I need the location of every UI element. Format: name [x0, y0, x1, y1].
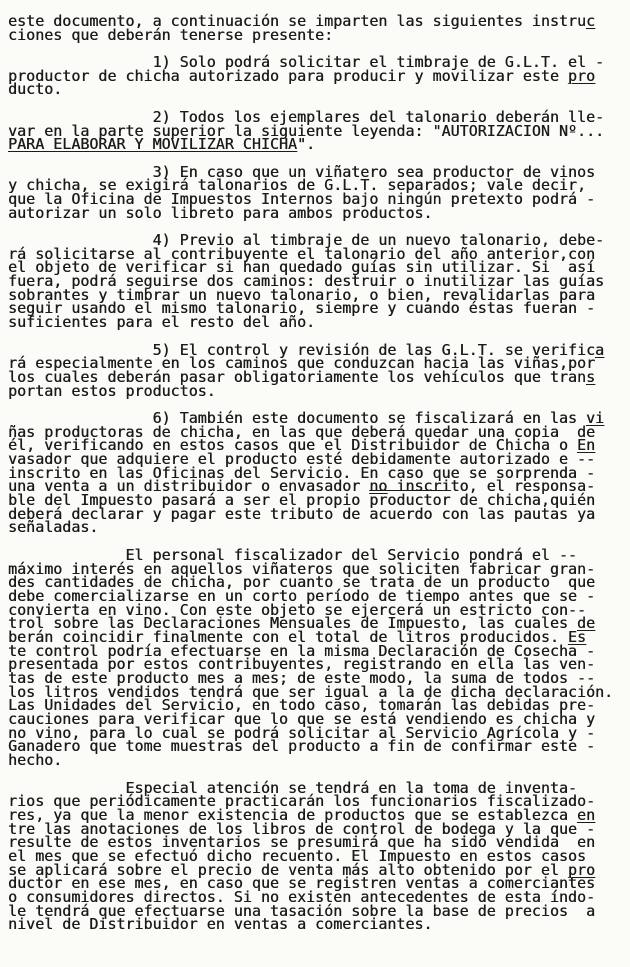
text-line: productor de chicha autorizado para prod… — [8, 70, 624, 84]
text-segment: ciones que deberán tenerse presente: — [8, 26, 333, 44]
text-segment: productor de chicha autorizado para prod… — [8, 67, 568, 85]
text-line: suficientes para el resto del año. — [8, 316, 624, 330]
paragraph: Especial atención se tendrá en la toma d… — [8, 782, 624, 933]
text-line: señaladas. — [8, 521, 624, 535]
text-segment: ducto. — [8, 80, 62, 98]
text-line: Ganadero que tome muestras del producto … — [8, 740, 624, 754]
text-segment: nivel de Distribuidor en ventas a comerc… — [8, 915, 432, 933]
text-segment: suficientes para el resto del año. — [8, 313, 315, 331]
paragraph: 4) Previo al timbraje de un nuevo talona… — [8, 234, 624, 330]
paragraph: 6) También este documento se fiscalizará… — [8, 412, 624, 535]
text-segment: autorizar un solo libreto para ambos pro… — [8, 204, 432, 222]
paragraph: 3) En caso que un viñatero sea productor… — [8, 166, 624, 221]
underlined-text: pro — [568, 67, 595, 85]
text-line: ciones que deberán tenerse presente: — [8, 29, 624, 43]
underlined-text: c — [586, 12, 595, 30]
text-line: PARA ELABORAR Y MOVILIZAR CHICHA". — [8, 138, 624, 152]
text-segment: portan estos productos. — [8, 382, 216, 400]
text-line: ducto. — [8, 83, 624, 97]
text-line: deberá declarar y pagar este tributo de … — [8, 508, 624, 522]
text-segment: señaladas. — [8, 518, 98, 536]
paragraph: El personal fiscalizador del Servicio po… — [8, 549, 624, 768]
text-line: autorizar un solo libreto para ambos pro… — [8, 207, 624, 221]
text-segment: ". — [297, 135, 315, 153]
text-segment: Ganadero que tome muestras del producto … — [8, 737, 595, 755]
paragraph: este documento, a continuación se impart… — [8, 15, 624, 42]
text-line: hecho. — [8, 754, 624, 768]
underlined-text: s — [586, 368, 595, 386]
underlined-text: PARA ELABORAR Y MOVILIZAR CHICHA — [8, 135, 297, 153]
text-line: nivel de Distribuidor en ventas a comerc… — [8, 918, 624, 932]
text-line: portan estos productos. — [8, 385, 624, 399]
paragraph: 5) El control y revisión de las G.L.T. s… — [8, 344, 624, 399]
text-segment: hecho. — [8, 751, 62, 769]
scanned-document-page: este documento, a continuación se impart… — [0, 0, 630, 967]
paragraph: 1) Solo podrá solicitar el timbraje de G… — [8, 56, 624, 97]
paragraph: 2) Todos los ejemplares del talonario de… — [8, 111, 624, 152]
underlined-text: a — [595, 341, 604, 359]
